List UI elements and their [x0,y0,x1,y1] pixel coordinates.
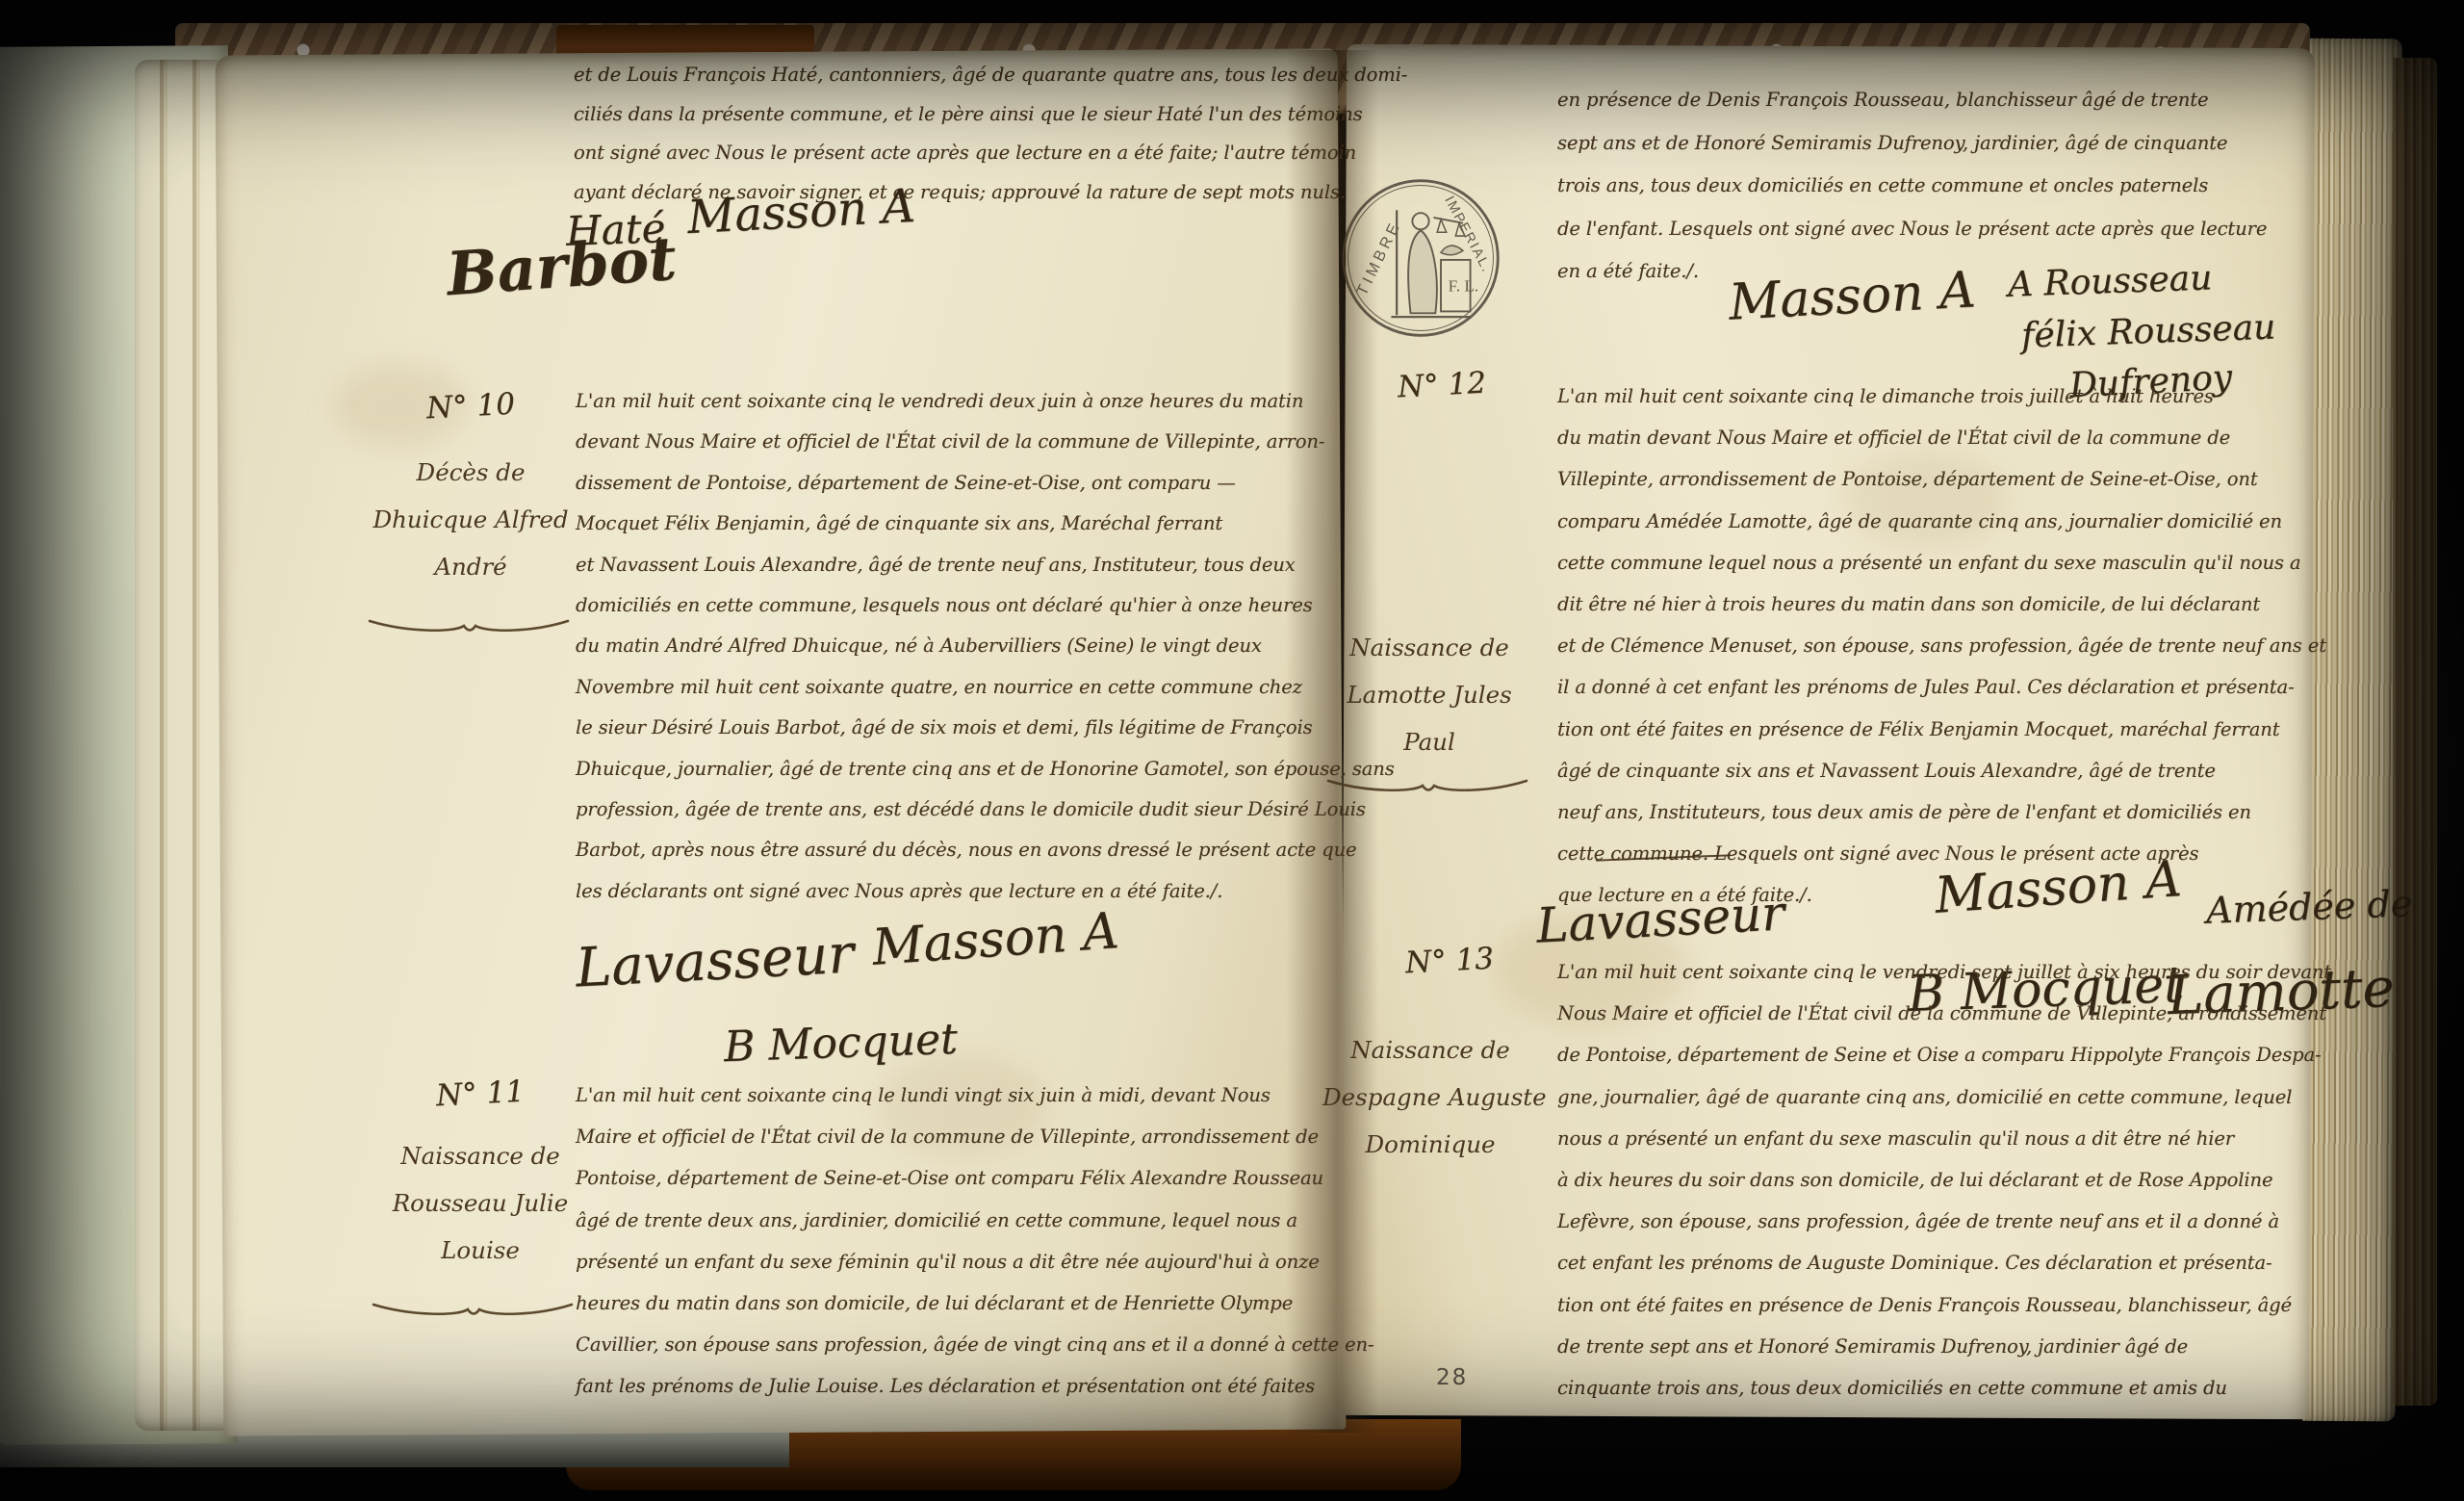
margin-brace [366,616,572,635]
manuscript-line: L'an mil huit cent soixante cinq le dima… [1557,375,2326,417]
margin-line: Rousseau Julie [377,1179,583,1227]
manuscript-line: de trente sept ans et Honoré Semiramis D… [1557,1326,2331,1367]
manuscript-line: âgé de trente deux ans, jardinier, domic… [576,1200,1373,1241]
manuscript-line: ont signé avec Nous le présent acte aprè… [574,134,1407,173]
manuscript-line: L'an mil huit cent soixante cinq le vend… [1557,951,2331,993]
signature-amedee: Amédée de [2205,882,2413,931]
stamp-figure-robe [1408,230,1437,313]
manuscript-line: Barbot, après nous être assuré du décès,… [576,830,1395,870]
act13-number: N° 13 [1362,939,1537,982]
photo-frame: 4 et de Louis François Haté, cantonniers… [0,0,2464,1501]
stamp-monogram: F. L. [1449,276,1479,295]
manuscript-line: neuf ans, Instituteurs, tous deux amis d… [1557,791,2326,833]
manuscript-line: Mocquet Félix Benjamin, âgé de cinquante… [576,504,1395,544]
manuscript-line: de l'enfant. Lesquels ont signé avec Nou… [1557,208,2267,251]
act11-number: N° 11 [376,1071,584,1116]
act11-margin-lines: Naissance deRousseau JulieLouise [377,1132,583,1274]
manuscript-line: Villepinte, arrondissement de Pontoise, … [1557,458,2326,500]
manuscript-line: et de Louis François Haté, cantonniers, … [574,56,1407,95]
act9-continuation-paragraph: et de Louis François Haté, cantonniers, … [574,56,1407,212]
act10-margin-lines: Décès deDhuicque AlfredAndré [372,449,570,590]
manuscript-line: devant Nous Maire et officiel de l'État … [576,422,1395,462]
manuscript-line: tion ont été faites en présence de Denis… [1557,1284,2331,1326]
signature-bmocquet-act10: B Mocquet [723,1015,958,1072]
margin-line: Louise [377,1227,583,1274]
manuscript-line: Maire et officiel de l'État civil de la … [576,1116,1373,1157]
manuscript-line: le sieur Désiré Louis Barbot, âgé de six… [576,708,1395,748]
right-fore-edge-dark [2393,58,2437,1406]
book-gutter-shadow [1286,50,1378,1433]
manuscript-line: du matin André Alfred Dhuicque, né à Aub… [576,626,1395,666]
manuscript-line: L'an mil huit cent soixante cinq le lund… [576,1074,1373,1116]
manuscript-line: dissement de Pontoise, département de Se… [576,463,1395,504]
act12-number-note: N° 12 [1355,368,1528,402]
manuscript-line: de Pontoise, département de Seine et Ois… [1557,1034,2331,1075]
act12-number: N° 12 [1354,363,1529,406]
manuscript-line: les déclarants ont signé avec Nous après… [576,871,1395,912]
act10-paragraph: L'an mil huit cent soixante cinq le vend… [576,381,1395,912]
act13-paragraph: L'an mil huit cent soixante cinq le vend… [1557,951,2331,1409]
act10-number: N° 10 [371,384,571,429]
signature-a-rousseau: A Rousseau [2007,258,2213,304]
manuscript-line: du matin devant Nous Maire et officiel d… [1557,417,2326,458]
manuscript-line: cette commune lequel nous a présenté un … [1557,542,2326,583]
manuscript-line: comparu Amédée Lamotte, âgé de quarante … [1557,501,2326,542]
manuscript-line: Nous Maire et officiel de l'État civil d… [1557,993,2331,1034]
manuscript-line: gne, journalier, âgé de quarante cinq an… [1557,1076,2331,1118]
manuscript-line: à dix heures du soir dans son domicile, … [1557,1159,2331,1201]
manuscript-line: cet enfant les prénoms de Auguste Domini… [1557,1242,2331,1283]
stamp-arc-right-text: IMPERIAL. [1441,194,1494,275]
margin-line: Naissance de [377,1132,583,1179]
manuscript-line: et Navassent Louis Alexandre, âgé de tre… [576,545,1395,585]
manuscript-line: nous a présenté un enfant du sexe mascul… [1557,1118,2331,1159]
manuscript-line: L'an mil huit cent soixante cinq le vend… [576,381,1395,422]
manuscript-line: Novembre mil huit cent soixante quatre, … [576,667,1395,708]
act12-paragraph: L'an mil huit cent soixante cinq le dima… [1557,375,2326,917]
margin-brace [370,1300,576,1319]
manuscript-line: dit être né hier à trois heures du matin… [1557,583,2326,625]
act13-number-note: N° 13 [1363,944,1536,978]
manuscript-line: Dhuicque, journalier, âgé de trente cinq… [576,749,1395,789]
manuscript-line: cinquante trois ans, tous deux domicilié… [1557,1367,2331,1409]
manuscript-line: fant les prénoms de Julie Louise. Les dé… [576,1365,1373,1407]
manuscript-line: ciliés dans la présente commune, et le p… [574,95,1407,135]
manuscript-line: présenté un enfant du sexe féminin qu'il… [576,1241,1373,1282]
sheet-number: 28 [1436,1365,1468,1390]
manuscript-line: Pontoise, département de Seine-et-Oise o… [576,1157,1373,1199]
stamp-figure-head [1412,213,1428,229]
act10-margin-note: N° 10 Décès deDhuicque AlfredAndré [372,389,570,590]
manuscript-line: profession, âgée de trente ans, est décé… [576,789,1395,830]
manuscript-line: il a donné à cet enfant les prénoms de J… [1557,666,2326,708]
manuscript-line: Lefèvre, son épouse, sans profession, âg… [1557,1201,2331,1242]
margin-line: André [372,543,570,590]
margin-line: Dhuicque Alfred [372,496,570,543]
act11-paragraph: L'an mil huit cent soixante cinq le lund… [576,1074,1373,1408]
manuscript-line: domiciliés en cette commune, lesquels no… [576,585,1395,626]
manuscript-line: Cavillier, son épouse sans profession, â… [576,1324,1373,1365]
manuscript-line: en présence de Denis François Rousseau, … [1557,79,2267,122]
manuscript-line: sept ans et de Honoré Semiramis Dufrenoy… [1557,122,2267,166]
manuscript-line: et de Clémence Menuset, son épouse, sans… [1557,625,2326,666]
stamp-eagle [1441,246,1463,255]
manuscript-line: heures du matin dans son domicile, de lu… [576,1282,1373,1324]
margin-line: Décès de [372,449,570,496]
manuscript-line: trois ans, tous deux domiciliés en cette… [1557,165,2267,208]
manuscript-line: âgé de cinquante six ans et Navassent Lo… [1557,750,2326,791]
manuscript-line: tion ont été faites en présence de Félix… [1557,709,2326,750]
act11-margin-note: N° 11 Naissance deRousseau JulieLouise [377,1076,583,1274]
